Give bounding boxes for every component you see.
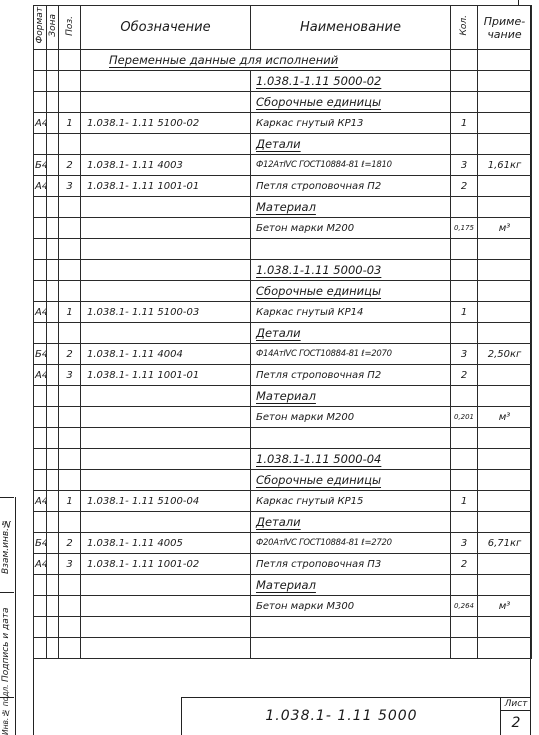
group-heading: 1.038.1-1.11 5000-03 xyxy=(256,263,381,277)
cell-zone xyxy=(47,491,59,512)
cell-name: Каркас гнутый КР13 xyxy=(251,113,451,134)
cell-position xyxy=(59,386,81,407)
cell-designation xyxy=(81,260,251,281)
cell-quantity: 3 xyxy=(451,155,478,176)
cell-quantity xyxy=(451,260,478,281)
header-designation: Обозначение xyxy=(81,6,251,50)
table-row: А411.038.1- 1.11 5100-03Каркас гнутый КР… xyxy=(34,302,532,323)
cell-quantity xyxy=(451,428,478,449)
cell-zone xyxy=(47,596,59,617)
cell-note xyxy=(478,176,532,197)
cell-designation: 1.038.1- 1.11 5100-02 xyxy=(81,113,251,134)
cell-name: Детали xyxy=(251,323,451,344)
cell-designation xyxy=(81,323,251,344)
cell-quantity xyxy=(451,617,478,638)
cell-quantity xyxy=(451,71,478,92)
cell-quantity: 0,175 xyxy=(451,218,478,239)
cell-zone xyxy=(47,113,59,134)
cell-designation: 1.038.1- 1.11 4005 xyxy=(81,533,251,554)
table-row: Б421.038.1- 1.11 4004Ф14АтⅣС ГОСТ10884-8… xyxy=(34,344,532,365)
header-quantity: Кол. xyxy=(451,6,478,50)
document-code: 1.038.1- 1.11 5000 xyxy=(182,708,501,724)
cell-format xyxy=(34,281,47,302)
cell-note xyxy=(478,260,532,281)
cell-quantity: 3 xyxy=(451,344,478,365)
cell-position: 2 xyxy=(59,155,81,176)
group-heading: Материал xyxy=(256,578,316,592)
cell-note: 6,71кг xyxy=(478,533,532,554)
cell-position: 3 xyxy=(59,554,81,575)
cell-note xyxy=(478,617,532,638)
table-row: А411.038.1- 1.11 5100-04Каркас гнутый КР… xyxy=(34,491,532,512)
cell-position xyxy=(59,596,81,617)
cell-quantity: 1 xyxy=(451,491,478,512)
cell-quantity xyxy=(451,512,478,533)
cell-format xyxy=(34,218,47,239)
cell-format xyxy=(34,512,47,533)
cell-name: Ф12АтⅣС ГОСТ10884-81 ℓ=1810 xyxy=(251,155,451,176)
cell-position xyxy=(59,428,81,449)
cell-zone xyxy=(47,302,59,323)
cell-position xyxy=(59,407,81,428)
cell-quantity: 0,201 xyxy=(451,407,478,428)
cell-quantity xyxy=(451,638,478,659)
cell-position xyxy=(59,134,81,155)
sidebar-signature-date: Подпись и дата xyxy=(1,595,11,695)
cell-format xyxy=(34,617,47,638)
cell-note xyxy=(478,575,532,596)
side-stamp: Взам.инв.№ Подпись и дата Инв.№ подл. xyxy=(0,497,33,735)
cell-format: А4 xyxy=(34,491,47,512)
cell-note xyxy=(478,638,532,659)
cell-format xyxy=(34,71,47,92)
cell-designation xyxy=(81,638,251,659)
cell-position: 1 xyxy=(59,302,81,323)
cell-designation: 1.038.1- 1.11 1001-02 xyxy=(81,554,251,575)
sidebar-replaced-inv: Взам.инв.№ xyxy=(1,501,11,591)
cell-zone xyxy=(47,386,59,407)
cell-position: 1 xyxy=(59,491,81,512)
cell-note xyxy=(478,428,532,449)
group-heading: Детали xyxy=(256,515,301,529)
group-heading: Сборочные единицы xyxy=(256,95,381,109)
cell-note xyxy=(478,386,532,407)
cell-name: Материал xyxy=(251,197,451,218)
cell-note xyxy=(478,365,532,386)
table-row: Детали xyxy=(34,512,532,533)
cell-quantity: 2 xyxy=(451,365,478,386)
cell-note: м³ xyxy=(478,407,532,428)
cell-note xyxy=(478,323,532,344)
table-row: А431.038.1- 1.11 1001-01Петля строповочн… xyxy=(34,365,532,386)
section-title: Переменные данные для исполнений xyxy=(109,53,338,67)
cell-position xyxy=(59,638,81,659)
cell-position xyxy=(59,92,81,113)
cell-name: Каркас гнутый КР14 xyxy=(251,302,451,323)
header-zone: Зона xyxy=(47,6,59,50)
sheet-label: Лист xyxy=(501,698,531,711)
cell-designation: 1.038.1- 1.11 1001-01 xyxy=(81,176,251,197)
cell-format: А4 xyxy=(34,365,47,386)
cell-zone xyxy=(47,449,59,470)
cell-format xyxy=(34,428,47,449)
cell-name: Детали xyxy=(251,134,451,155)
cell-zone xyxy=(47,281,59,302)
cell-zone xyxy=(47,533,59,554)
cell-zone xyxy=(47,155,59,176)
header-position: Поз. xyxy=(59,6,81,50)
cell-name: Бетон марки М300 xyxy=(251,596,451,617)
cell-quantity: 3 xyxy=(451,533,478,554)
cell-quantity: 2 xyxy=(451,554,478,575)
cell-note xyxy=(478,134,532,155)
table-row: 1.038.1-1.11 5000-02 xyxy=(34,71,532,92)
table-row: Детали xyxy=(34,134,532,155)
group-heading: Детали xyxy=(256,326,301,340)
cell-designation xyxy=(81,197,251,218)
cell-designation: 1.038.1- 1.11 4004 xyxy=(81,344,251,365)
cell-note xyxy=(478,554,532,575)
cell-name: Материал xyxy=(251,386,451,407)
cell-position xyxy=(59,449,81,470)
cell-note xyxy=(478,302,532,323)
cell-quantity xyxy=(451,449,478,470)
cell-position: 1 xyxy=(59,113,81,134)
cell-format xyxy=(34,575,47,596)
cell-note xyxy=(478,197,532,218)
group-heading: Материал xyxy=(256,200,316,214)
cell-quantity: 1 xyxy=(451,302,478,323)
cell-zone xyxy=(47,71,59,92)
cell-name: Бетон марки М200 xyxy=(251,218,451,239)
cell-format xyxy=(34,449,47,470)
cell-zone xyxy=(47,323,59,344)
cell-zone xyxy=(47,218,59,239)
cell-designation xyxy=(81,134,251,155)
cell-designation xyxy=(81,218,251,239)
cell-format xyxy=(34,470,47,491)
cell-zone xyxy=(47,176,59,197)
cell-name xyxy=(251,239,451,260)
cell-designation xyxy=(81,407,251,428)
table-row: Материал xyxy=(34,575,532,596)
cell-format xyxy=(34,638,47,659)
cell-format: А4 xyxy=(34,302,47,323)
cell-name xyxy=(251,428,451,449)
group-heading: 1.038.1-1.11 5000-02 xyxy=(256,74,381,88)
group-heading: Детали xyxy=(256,137,301,151)
sheet-number: 2 xyxy=(501,711,531,735)
cell-zone xyxy=(47,428,59,449)
cell-note xyxy=(478,449,532,470)
cell-format xyxy=(34,197,47,218)
cell-format: Б4 xyxy=(34,155,47,176)
cell-quantity xyxy=(451,575,478,596)
cell-name: Ф14АтⅣС ГОСТ10884-81 ℓ=2070 xyxy=(251,344,451,365)
table-row: Б421.038.1- 1.11 4003Ф12АтⅣС ГОСТ10884-8… xyxy=(34,155,532,176)
cell-name: Детали xyxy=(251,512,451,533)
cell-quantity: 1 xyxy=(451,113,478,134)
cell-designation: 1.038.1- 1.11 5100-03 xyxy=(81,302,251,323)
cell-designation: 1.038.1- 1.11 5100-04 xyxy=(81,491,251,512)
group-heading: Материал xyxy=(256,389,316,403)
cell-format: Б4 xyxy=(34,344,47,365)
cell-designation xyxy=(81,239,251,260)
header-format: Формат xyxy=(34,6,47,50)
table-row: Сборочные единицы xyxy=(34,470,532,491)
cell-format: А4 xyxy=(34,113,47,134)
cell-name: Петля строповочная П2 xyxy=(251,365,451,386)
table-row: А431.038.1- 1.11 1001-01Петля строповочн… xyxy=(34,176,532,197)
cell-zone xyxy=(47,575,59,596)
header-note: Приме-чание xyxy=(478,6,532,50)
table-row: 1.038.1-1.11 5000-03 xyxy=(34,260,532,281)
cell-position xyxy=(59,617,81,638)
cell-format xyxy=(34,596,47,617)
cell-note: м³ xyxy=(478,218,532,239)
cell-name: Сборочные единицы xyxy=(251,92,451,113)
cell-note: м³ xyxy=(478,596,532,617)
cell-zone xyxy=(47,638,59,659)
cell-name xyxy=(251,617,451,638)
cell-designation: 1.038.1- 1.11 4003 xyxy=(81,155,251,176)
cell-note xyxy=(478,491,532,512)
cell-position xyxy=(59,512,81,533)
cell-quantity: 2 xyxy=(451,176,478,197)
cell-zone xyxy=(47,617,59,638)
cell-format xyxy=(34,386,47,407)
table-row: Б421.038.1- 1.11 4005Ф20АтⅣС ГОСТ10884-8… xyxy=(34,533,532,554)
table-row: Бетон марки М2000,201м³ xyxy=(34,407,532,428)
table-row xyxy=(34,239,532,260)
table-row: Детали xyxy=(34,323,532,344)
cell-name: Сборочные единицы xyxy=(251,281,451,302)
group-heading: 1.038.1-1.11 5000-04 xyxy=(256,452,381,466)
cell-designation xyxy=(81,386,251,407)
cell-name: 1.038.1-1.11 5000-02 xyxy=(251,71,451,92)
cell-format: А4 xyxy=(34,554,47,575)
cell-quantity xyxy=(451,239,478,260)
cell-designation xyxy=(81,71,251,92)
cell-note xyxy=(478,512,532,533)
cell-format xyxy=(34,239,47,260)
table-row xyxy=(34,638,532,659)
cell-name: Каркас гнутый КР15 xyxy=(251,491,451,512)
cell-name: 1.038.1-1.11 5000-03 xyxy=(251,260,451,281)
title-block: 1.038.1- 1.11 5000 Лист 2 xyxy=(181,697,531,735)
specification-table: Формат Зона Поз. Обозначение Наименовани… xyxy=(33,5,532,659)
cell-note xyxy=(478,92,532,113)
cell-designation xyxy=(81,281,251,302)
table-row: Материал xyxy=(34,197,532,218)
cell-designation xyxy=(81,575,251,596)
cell-note xyxy=(478,470,532,491)
cell-zone xyxy=(47,344,59,365)
cell-quantity xyxy=(451,134,478,155)
cell-quantity xyxy=(451,92,478,113)
cell-designation xyxy=(81,617,251,638)
header-name: Наименование xyxy=(251,6,451,50)
cell-designation xyxy=(81,470,251,491)
table-row: 1.038.1-1.11 5000-04 xyxy=(34,449,532,470)
cell-position: 3 xyxy=(59,176,81,197)
cell-note xyxy=(478,239,532,260)
table-row xyxy=(34,428,532,449)
cell-zone xyxy=(47,197,59,218)
cell-position xyxy=(59,281,81,302)
cell-note: 1,61кг xyxy=(478,155,532,176)
sidebar-inv-original: Инв.№ подл. xyxy=(1,699,10,735)
cell-zone xyxy=(47,365,59,386)
table-row: А431.038.1- 1.11 1001-02Петля строповочн… xyxy=(34,554,532,575)
table-row: А411.038.1- 1.11 5100-02Каркас гнутый КР… xyxy=(34,113,532,134)
cell-position xyxy=(59,575,81,596)
cell-zone xyxy=(47,512,59,533)
cell-position xyxy=(59,239,81,260)
cell-name: Бетон марки М200 xyxy=(251,407,451,428)
cell-designation: 1.038.1- 1.11 1001-01 xyxy=(81,365,251,386)
cell-note xyxy=(478,113,532,134)
cell-name: Материал xyxy=(251,575,451,596)
cell-designation xyxy=(81,596,251,617)
cell-position xyxy=(59,71,81,92)
cell-designation xyxy=(81,428,251,449)
cell-zone xyxy=(47,92,59,113)
table-row: Материал xyxy=(34,386,532,407)
sheet-box: Лист 2 xyxy=(500,698,531,735)
group-heading: Сборочные единицы xyxy=(256,473,381,487)
cell-zone xyxy=(47,239,59,260)
cell-name xyxy=(251,638,451,659)
group-heading: Сборочные единицы xyxy=(256,284,381,298)
cell-format: Б4 xyxy=(34,533,47,554)
table-row: Сборочные единицы xyxy=(34,281,532,302)
cell-designation xyxy=(81,92,251,113)
cell-note xyxy=(478,71,532,92)
cell-quantity xyxy=(451,323,478,344)
cell-quantity: 0,264 xyxy=(451,596,478,617)
cell-name: Сборочные единицы xyxy=(251,470,451,491)
cell-format xyxy=(34,407,47,428)
cell-note xyxy=(478,281,532,302)
cell-name: Петля строповочная П3 xyxy=(251,554,451,575)
cell-quantity xyxy=(451,281,478,302)
table-row: Бетон марки М3000,264м³ xyxy=(34,596,532,617)
table-row xyxy=(34,617,532,638)
cell-designation xyxy=(81,512,251,533)
cell-position xyxy=(59,197,81,218)
cell-zone xyxy=(47,260,59,281)
cell-quantity xyxy=(451,197,478,218)
cell-zone xyxy=(47,134,59,155)
table-row: Сборочные единицы xyxy=(34,92,532,113)
cell-zone xyxy=(47,554,59,575)
cell-position xyxy=(59,218,81,239)
cell-position xyxy=(59,470,81,491)
cell-format xyxy=(34,92,47,113)
cell-zone xyxy=(47,470,59,491)
cell-format xyxy=(34,260,47,281)
cell-position: 3 xyxy=(59,365,81,386)
table-header: Формат Зона Поз. Обозначение Наименовани… xyxy=(34,6,532,50)
cell-name: Петля строповочная П2 xyxy=(251,176,451,197)
cell-format: А4 xyxy=(34,176,47,197)
cell-quantity xyxy=(451,386,478,407)
cell-position: 2 xyxy=(59,533,81,554)
cell-designation xyxy=(81,449,251,470)
cell-position xyxy=(59,323,81,344)
cell-name: 1.038.1-1.11 5000-04 xyxy=(251,449,451,470)
cell-zone xyxy=(47,407,59,428)
cell-format xyxy=(34,323,47,344)
cell-name: Ф20АтⅣС ГОСТ10884-81 ℓ=2720 xyxy=(251,533,451,554)
cell-note: 2,50кг xyxy=(478,344,532,365)
cell-position: 2 xyxy=(59,344,81,365)
cell-format xyxy=(34,134,47,155)
section-title-row: Переменные данные для исполнений xyxy=(34,50,532,71)
cell-position xyxy=(59,260,81,281)
cell-quantity xyxy=(451,470,478,491)
table-row: Бетон марки М2000,175м³ xyxy=(34,218,532,239)
